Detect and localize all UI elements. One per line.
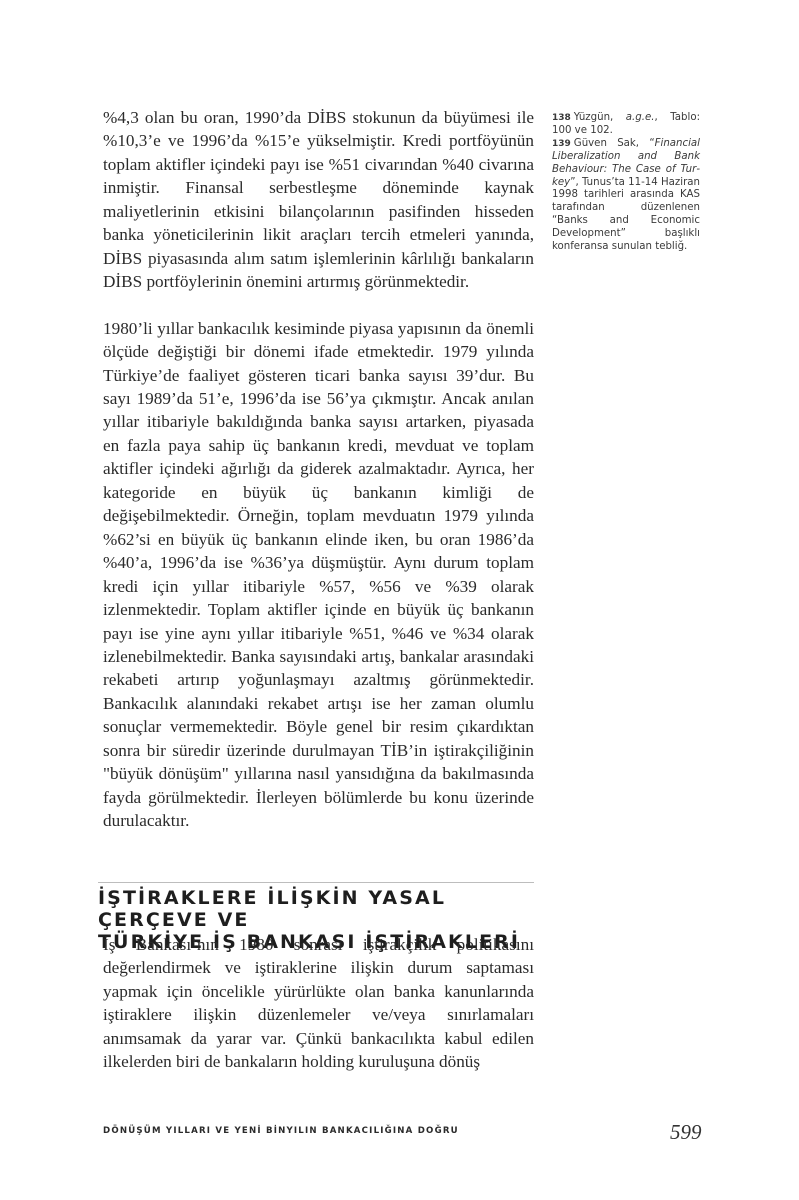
- footnote-number: 138: [552, 113, 571, 123]
- running-footer-title: DÖNÜŞÜM YILLARI VE YENİ BİNYILIN BANKACI…: [103, 1126, 459, 1136]
- footnote-text: ”, Tunus’ta 11-14 Haziran 1998 tarihleri…: [552, 177, 700, 253]
- body-paragraph: İş Bankası’nın 1980 sonrası iştirakçilik…: [103, 933, 534, 1074]
- footnote-138: 138Yüzgün, a.g.e., Tablo: 100 ve 102.: [552, 112, 700, 138]
- footnote-139: 139Güven Sak, “Financial Liberalization …: [552, 138, 700, 254]
- main-text-column: %4,3 olan bu oran, 1990’da DİBS stokunun…: [103, 106, 534, 833]
- footnote-citation: a.g.e.: [626, 112, 655, 123]
- body-paragraph: 1980’li yıllar bankacılık kesiminde piya…: [103, 317, 534, 833]
- body-paragraph: %4,3 olan bu oran, 1990’da DİBS stokunun…: [103, 106, 534, 294]
- sidenote-column: 138Yüzgün, a.g.e., Tablo: 100 ve 102. 13…: [552, 112, 700, 254]
- section-heading-line-1: İŞTİRAKLERE İLİŞKİN YASAL ÇERÇEVE VE: [98, 887, 446, 931]
- heading-divider: [98, 882, 534, 883]
- book-page: %4,3 olan bu oran, 1990’da DİBS stokunun…: [0, 0, 799, 1200]
- footnote-number: 139: [552, 139, 571, 149]
- page-number: 599: [670, 1120, 702, 1145]
- footnote-text: Güven Sak, “: [574, 138, 655, 149]
- section-text: İş Bankası’nın 1980 sonrası iştirakçilik…: [103, 933, 534, 1074]
- footnote-text: Yüzgün,: [574, 112, 626, 123]
